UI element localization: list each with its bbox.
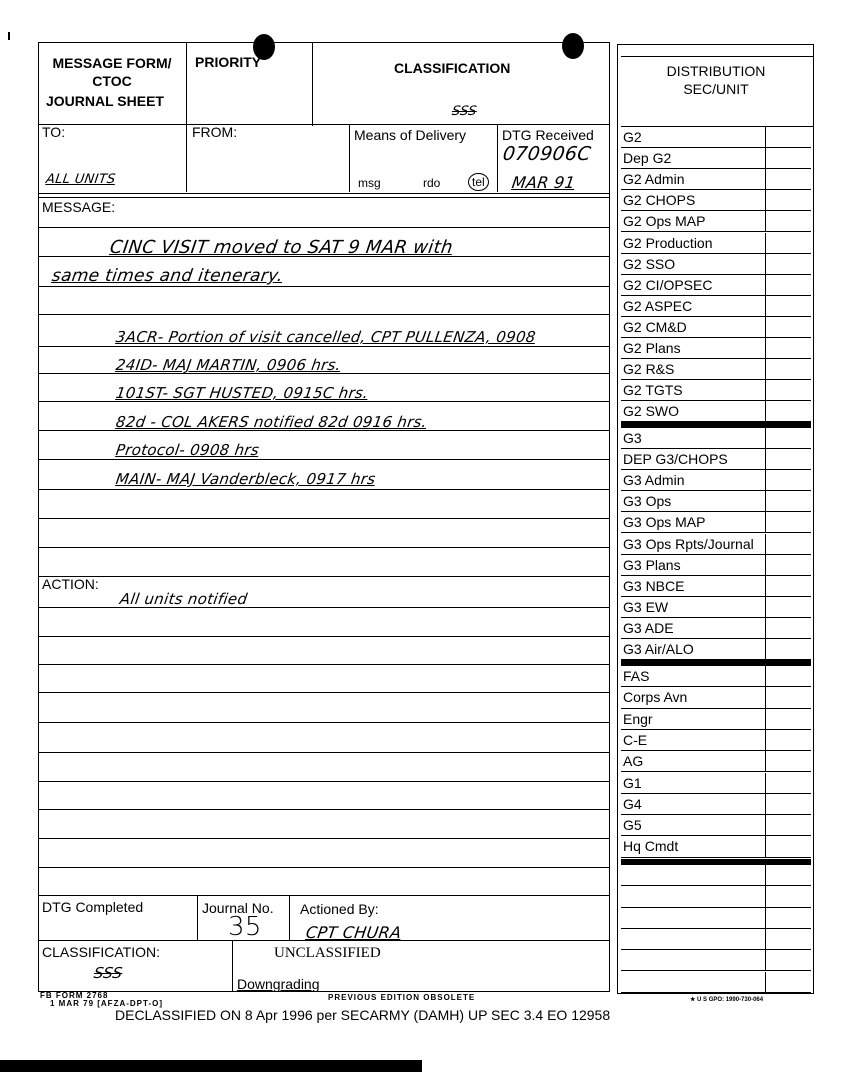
distribution-row[interactable]: G2 TGTS [621, 380, 811, 401]
distribution-row-label: G3 Plans [623, 557, 681, 573]
distribution-row-label: G2 CM&D [623, 319, 687, 335]
distribution-checkbox-cell[interactable] [765, 730, 766, 751]
dtg-received-month[interactable]: MAR 91 [511, 173, 577, 192]
distribution-row[interactable]: C-E [621, 730, 811, 751]
means-rdo[interactable]: rdo [423, 175, 440, 191]
message-line-8[interactable]: Protocol- 0908 hrs [115, 441, 261, 459]
distribution-row[interactable]: Corps Avn [621, 687, 811, 708]
dtg-received-value[interactable]: 070906C [501, 143, 592, 165]
distribution-checkbox-cell[interactable] [765, 428, 766, 449]
distribution-checkbox-cell[interactable] [765, 470, 766, 491]
from-label: FROM: [192, 124, 237, 140]
distribution-checkbox-cell[interactable] [765, 317, 766, 338]
distribution-row-label: G2 Admin [623, 171, 684, 187]
distribution-checkbox-cell[interactable] [765, 929, 766, 950]
distribution-row[interactable]: G3 ADE [621, 618, 811, 639]
distribution-row-label: G3 Ops Rpts/Journal [623, 536, 754, 552]
distribution-checkbox-cell[interactable] [765, 555, 766, 576]
means-of-delivery-label: Means of Delivery [354, 127, 466, 143]
distribution-checkbox-cell[interactable] [765, 127, 766, 148]
distribution-checkbox-cell[interactable] [765, 709, 766, 730]
distribution-row-label: G2 Ops MAP [623, 213, 705, 229]
distribution-row-label: Hq Cmdt [623, 838, 678, 854]
distribution-checkbox-cell[interactable] [765, 233, 766, 254]
distribution-row[interactable] [621, 865, 811, 886]
distribution-row[interactable]: G2 R&S [621, 359, 811, 380]
distribution-checkbox-cell[interactable] [765, 169, 766, 190]
distribution-row-label: FAS [623, 668, 649, 684]
distribution-row-label: Dep G2 [623, 150, 671, 166]
distribution-checkbox-cell[interactable] [765, 148, 766, 169]
distribution-row-label: G2 ASPEC [623, 298, 692, 314]
classification-label: CLASSIFICATION [394, 60, 510, 76]
distribution-row[interactable]: G3 Air/ALO [621, 639, 811, 660]
distribution-row[interactable]: DEP G3/CHOPS [621, 449, 811, 470]
distribution-checkbox-cell[interactable] [765, 794, 766, 815]
declassified-stamp: DECLASSIFIED ON 8 Apr 1996 per SECARMY (… [115, 1007, 610, 1023]
distribution-row-label: G2 SSO [623, 256, 675, 272]
message-line-9[interactable]: MAIN- MAJ Vanderbleck, 0917 hrs [115, 470, 377, 488]
distribution-checkbox-cell[interactable] [765, 865, 766, 886]
distribution-row[interactable]: Engr [621, 709, 811, 730]
distribution-row[interactable]: Hq Cmdt [621, 836, 811, 857]
footer-classification-label: CLASSIFICATION: [42, 944, 160, 960]
distribution-row[interactable]: G2 [621, 127, 811, 148]
distribution-row-label: G3 Ops MAP [623, 514, 705, 530]
distribution-checkbox-cell[interactable] [765, 972, 766, 993]
distribution-row[interactable]: G5 [621, 815, 811, 836]
form-title: MESSAGE FORM/ CTOC [48, 54, 176, 90]
scan-mark [8, 32, 10, 40]
message-label: MESSAGE: [42, 199, 115, 215]
distribution-row-label: G2 [623, 129, 642, 145]
distribution-checkbox-cell[interactable] [765, 254, 766, 275]
distribution-row-label: G2 CI/OPSEC [623, 277, 712, 293]
action-label: ACTION: [42, 576, 99, 592]
distribution-row-label: C-E [623, 732, 647, 748]
means-msg[interactable]: msg [358, 175, 381, 191]
distribution-checkbox-cell[interactable] [765, 534, 766, 555]
distribution-checkbox-cell[interactable] [765, 576, 766, 597]
action-line-1[interactable]: All units notified [119, 590, 249, 608]
distribution-row[interactable]: G3 Ops [621, 491, 811, 512]
distribution-checkbox-cell[interactable] [765, 449, 766, 470]
to-field[interactable]: ALL UNITS [45, 172, 117, 187]
unclassified-stamp: UNCLASSIFIED [274, 945, 381, 961]
distribution-checkbox-cell[interactable] [765, 773, 766, 794]
distribution-row[interactable]: G2 SWO [621, 401, 811, 422]
distribution-row-label: G2 Plans [623, 340, 681, 356]
distribution-row-label: G5 [623, 817, 642, 833]
distribution-row-label: G3 Air/ALO [623, 641, 694, 657]
distribution-checkbox-cell[interactable] [765, 296, 766, 317]
distribution-row-label: G2 Production [623, 235, 713, 251]
distribution-row[interactable]: G2 Plans [621, 338, 811, 359]
distribution-row[interactable]: G1 [621, 773, 811, 794]
to-label: TO: [42, 124, 65, 140]
dtg-received-label: DTG Received [502, 127, 594, 143]
distribution-checkbox-cell[interactable] [765, 908, 766, 929]
distribution-row-label: G2 SWO [623, 403, 679, 419]
distribution-checkbox-cell[interactable] [765, 275, 766, 296]
distribution-row[interactable]: G4 [621, 794, 811, 815]
distribution-row[interactable] [621, 972, 811, 993]
distribution-checkbox-cell[interactable] [765, 380, 766, 401]
distribution-checkbox-cell[interactable] [765, 950, 766, 971]
distribution-checkbox-cell[interactable] [765, 618, 766, 639]
distribution-row[interactable]: G3 Ops Rpts/Journal [621, 534, 811, 555]
distribution-row-label: G2 CHOPS [623, 192, 695, 208]
distribution-row-label: DEP G3/CHOPS [623, 451, 728, 467]
distribution-row[interactable] [621, 950, 811, 971]
dtg-completed-label: DTG Completed [42, 899, 143, 915]
distribution-row[interactable]: G3 Plans [621, 555, 811, 576]
distribution-row[interactable]: G2 Ops MAP [621, 211, 811, 232]
distribution-row[interactable] [621, 929, 811, 950]
previous-edition-note: PREVIOUS EDITION OBSOLETE [328, 993, 475, 1002]
distribution-row-label: G3 ADE [623, 620, 674, 636]
distribution-row[interactable]: G3 Admin [621, 470, 811, 491]
distribution-row[interactable]: AG [621, 751, 811, 772]
distribution-row[interactable] [621, 886, 811, 907]
message-line-2[interactable]: same times and itenerary. [51, 266, 285, 286]
form-subtitle: JOURNAL SHEET [46, 93, 164, 109]
distribution-row-label: G1 [623, 775, 642, 791]
message-line-7[interactable]: 82d - COL AKERS notified 82d 0916 hrs. [115, 413, 428, 431]
classification-value[interactable]: SSS [451, 104, 478, 119]
gpo-note: ★ U S GPO: 1990-730-064 [690, 996, 763, 1003]
distribution-checkbox-cell[interactable] [765, 751, 766, 772]
distribution-row-label: G3 Ops [623, 493, 671, 509]
distribution-row-label: Engr [623, 711, 653, 727]
distribution-checkbox-cell[interactable] [765, 359, 766, 380]
means-tel-selected[interactable]: tel [468, 173, 489, 191]
distribution-row[interactable]: G2 CI/OPSEC [621, 275, 811, 296]
distribution-row-label: G3 EW [623, 599, 668, 615]
distribution-checkbox-cell[interactable] [765, 886, 766, 907]
distribution-checkbox-cell[interactable] [765, 815, 766, 836]
distribution-checkbox-cell[interactable] [765, 190, 766, 211]
distribution-row[interactable]: FAS [621, 666, 811, 687]
distribution-row[interactable]: Dep G2 [621, 148, 811, 169]
distribution-row-label: G3 Admin [623, 472, 684, 488]
distribution-checkbox-cell[interactable] [765, 512, 766, 533]
distribution-row-label: Corps Avn [623, 689, 687, 705]
distribution-checkbox-cell[interactable] [765, 597, 766, 618]
distribution-checkbox-cell[interactable] [765, 491, 766, 512]
distribution-checkbox-cell[interactable] [765, 687, 766, 708]
scan-bar [0, 1060, 422, 1072]
distribution-row[interactable]: G3 EW [621, 597, 811, 618]
distribution-row-label: G2 R&S [623, 361, 674, 377]
distribution-row[interactable]: G3 NBCE [621, 576, 811, 597]
distribution-checkbox-cell[interactable] [765, 338, 766, 359]
distribution-title: DISTRIBUTION SEC/UNIT [621, 62, 811, 98]
priority-label: PRIORITY [195, 54, 261, 70]
distribution-row[interactable]: G2 Admin [621, 169, 811, 190]
journal-no-value[interactable]: 35 [228, 912, 262, 942]
distribution-checkbox-cell[interactable] [765, 401, 766, 422]
distribution-row[interactable]: G3 Ops MAP [621, 512, 811, 533]
distribution-row-label: G3 [623, 430, 642, 446]
distribution-row-label: AG [623, 753, 643, 769]
message-line-4[interactable]: 3ACR- Portion of visit cancelled, CPT PU… [115, 328, 537, 346]
distribution-checkbox-cell[interactable] [765, 211, 766, 232]
distribution-checkbox-cell[interactable] [765, 836, 766, 857]
actioned-by-label: Actioned By: [300, 901, 379, 917]
distribution-row[interactable]: G3 [621, 428, 811, 449]
distribution-row[interactable]: G2 SSO [621, 254, 811, 275]
downgrading-label: Downgrading [237, 976, 320, 992]
distribution-row[interactable]: G2 Production [621, 233, 811, 254]
message-line-1[interactable]: CINC VISIT moved to SAT 9 MAR with [109, 237, 455, 258]
distribution-checkbox-cell[interactable] [765, 639, 766, 660]
distribution-row[interactable] [621, 908, 811, 929]
distribution-checkbox-cell[interactable] [765, 666, 766, 687]
distribution-row[interactable]: G2 CHOPS [621, 190, 811, 211]
distribution-row-label: G3 NBCE [623, 578, 684, 594]
distribution-row-label: G4 [623, 796, 642, 812]
message-line-5[interactable]: 24ID- MAJ MARTIN, 0906 hrs. [115, 356, 342, 374]
distribution-row-label: G2 TGTS [623, 382, 683, 398]
form-number: FB FORM 2768 1 MAR 79 [AFZA-DPT-O] [40, 992, 163, 1008]
footer-classification-value[interactable]: SSS [93, 964, 124, 982]
distribution-row[interactable]: G2 CM&D [621, 317, 811, 338]
message-line-6[interactable]: 101ST- SGT HUSTED, 0915C hrs. [115, 384, 370, 402]
distribution-row[interactable]: G2 ASPEC [621, 296, 811, 317]
